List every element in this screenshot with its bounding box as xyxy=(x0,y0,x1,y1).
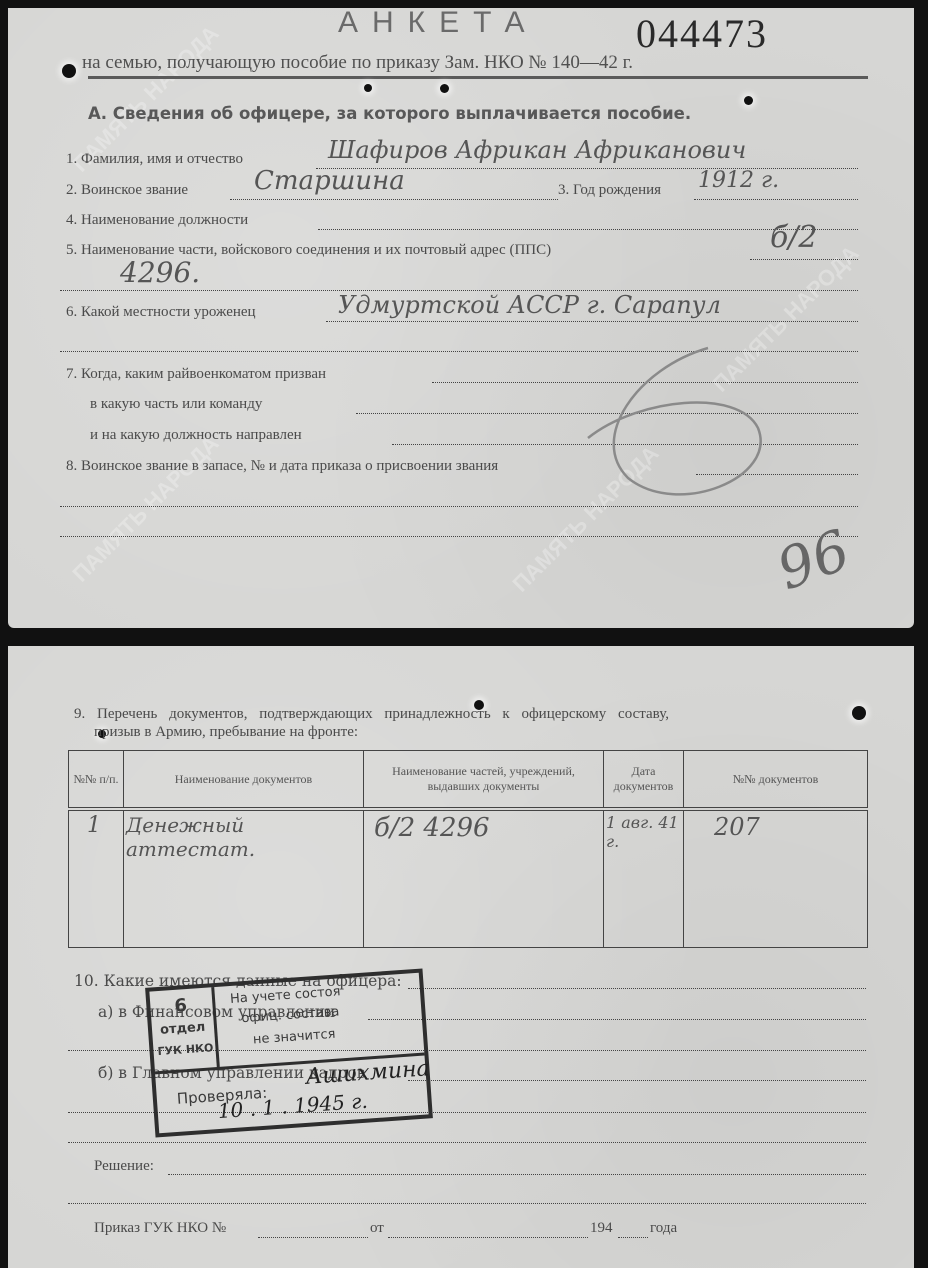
cell-document-date[interactable]: 1 авг. 41 г. xyxy=(604,809,684,948)
field-5-value-2[interactable]: 4296. xyxy=(120,256,200,289)
order-year-label: 194 xyxy=(590,1220,613,1237)
title-underline xyxy=(88,76,868,79)
stamp-divider xyxy=(211,987,220,1067)
field-6-value[interactable]: Удмуртской АССР г. Сарапул xyxy=(338,291,721,319)
order-from-label: от xyxy=(370,1220,384,1237)
cell-number[interactable]: 1 xyxy=(69,809,124,948)
decision-line[interactable] xyxy=(168,1174,866,1175)
punch-hole xyxy=(364,84,372,92)
stamp-dept-org: ГУК НКО xyxy=(157,1041,214,1058)
table-row: 1 Денежный аттестат. б/2 4296 1 авг. 41 … xyxy=(69,809,868,948)
col-number: №№ п/п. xyxy=(69,751,124,810)
field-9-label: 9. Перечень документов, подтверждающих п… xyxy=(74,706,669,723)
documents-table: №№ п/п. Наименование документов Наименов… xyxy=(68,750,868,948)
col-document-name: Наименование документов xyxy=(124,751,364,810)
order-year-suffix: года xyxy=(650,1220,677,1237)
order-number-line[interactable] xyxy=(258,1237,368,1238)
field-10-line xyxy=(408,988,866,989)
field-5-line xyxy=(750,259,858,260)
field-1-label: 1. Фамилия, имя и отчество xyxy=(66,151,243,168)
table-header-row: №№ п/п. Наименование документов Наименов… xyxy=(69,751,868,810)
form-subtitle: на семью, получающую пособие по приказу … xyxy=(82,52,633,74)
cell-issuing-unit[interactable]: б/2 4296 xyxy=(364,809,604,948)
punch-hole xyxy=(62,64,76,78)
form-front-side: ПАМЯТЬ НАРОДА ПАМЯТЬ НАРОДА ПАМЯТЬ НАРОД… xyxy=(8,8,914,628)
stamp-dept-label: отдел xyxy=(160,1020,206,1038)
punch-hole xyxy=(440,84,449,93)
field-8-continuation-line xyxy=(60,536,858,537)
field-7c-label: и на какую должность направлен xyxy=(90,427,302,444)
punch-hole xyxy=(744,96,753,105)
col-document-number: №№ документов xyxy=(684,751,868,810)
field-9-label-continued: призыв в Армию, пребывание на фронте: xyxy=(94,724,358,741)
field-10a-line xyxy=(368,1019,866,1020)
form-back-side: 9. Перечень документов, подтверждающих п… xyxy=(8,646,914,1268)
field-7b-label: в какую часть или команду xyxy=(90,396,262,413)
order-date-line[interactable] xyxy=(388,1237,588,1238)
field-8-label: 8. Воинское звание в запасе, № и дата пр… xyxy=(66,458,498,475)
stamp-status-line2: офиц. состава xyxy=(241,1004,340,1026)
decision-label: Решение: xyxy=(94,1158,154,1175)
field-3-label: 3. Год рождения xyxy=(558,182,661,199)
section-a-heading: А. Сведения об офицере, за которого выпл… xyxy=(88,104,691,123)
field-4-label: 4. Наименование должности xyxy=(66,212,248,229)
field-10b-continuation-line xyxy=(68,1142,866,1143)
field-2-value[interactable]: Старшина xyxy=(254,166,405,196)
punch-hole xyxy=(852,706,866,720)
field-7-label: 7. Когда, каким райвоенкоматом призван xyxy=(66,366,326,383)
page-number-mark: 96 xyxy=(769,518,858,603)
field-5-value-1[interactable]: б/2 xyxy=(770,220,818,255)
field-6-line xyxy=(326,321,858,322)
stamp-dept-number: 6 xyxy=(174,995,188,1017)
stamp-status-line3: не значится xyxy=(252,1027,336,1048)
field-2-line xyxy=(230,199,558,200)
field-2-label: 2. Воинское звание xyxy=(66,182,188,199)
decision-continuation-line[interactable] xyxy=(68,1203,866,1204)
field-1-value[interactable]: Шафиров Африкан Африканович xyxy=(328,136,746,164)
order-label: Приказ ГУК НКО № xyxy=(94,1220,226,1237)
stamp-status-line1: На учете состоя xyxy=(230,984,341,1007)
order-year-line[interactable] xyxy=(618,1237,648,1238)
field-6-label: 6. Какой местности уроженец xyxy=(66,304,256,321)
pencil-scribble-icon xyxy=(528,328,788,508)
form-title: АНКЕТА xyxy=(338,6,539,40)
watermark: ПАМЯТЬ НАРОДА xyxy=(69,432,223,586)
field-10b-line xyxy=(408,1080,866,1081)
field-3-value[interactable]: 1912 г. xyxy=(698,168,779,193)
col-issuing-unit: Наименование частей, учреждений, выдавши… xyxy=(364,751,604,810)
field-3-line xyxy=(694,199,858,200)
handwritten-registry-number: 044473 xyxy=(636,10,768,57)
verification-stamp: 6 отдел ГУК НКО На учете состоя офиц. со… xyxy=(145,968,433,1137)
cell-document-name[interactable]: Денежный аттестат. xyxy=(124,809,364,948)
cell-document-number[interactable]: 207 xyxy=(684,809,868,948)
col-document-date: Дата документов xyxy=(604,751,684,810)
